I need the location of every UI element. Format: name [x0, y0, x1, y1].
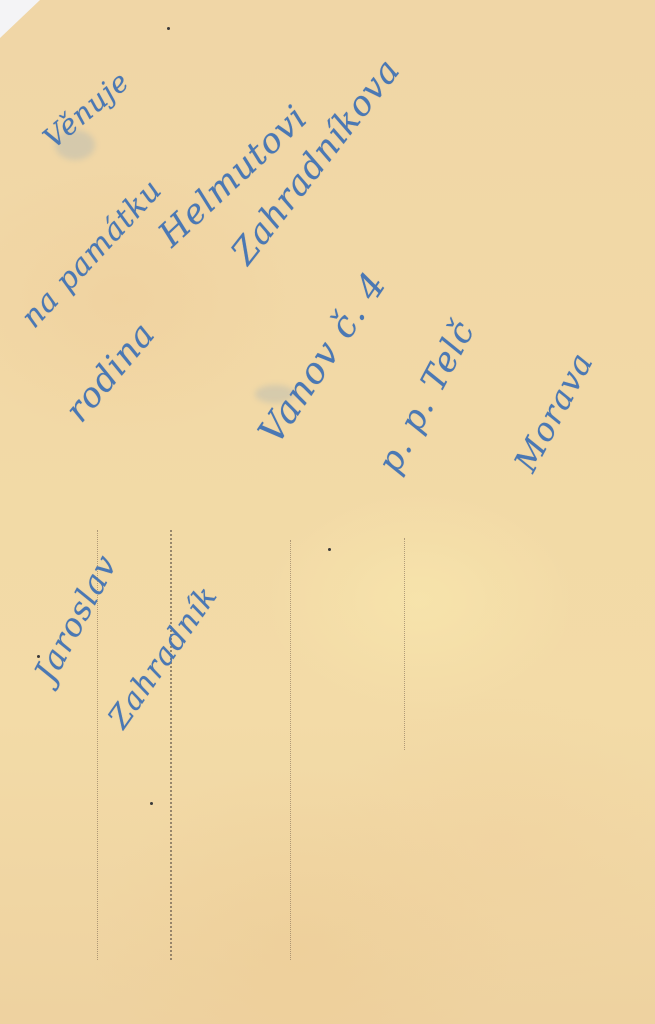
paper-speck [167, 27, 170, 30]
postcard-back: Věnuje na památku Helmutovi rodina Zahra… [0, 0, 655, 1024]
guide-line-divider [170, 530, 172, 960]
paper-speck [150, 802, 153, 805]
paper-speck [328, 548, 331, 551]
paper-speck [37, 655, 40, 658]
handwriting-address-post: p. p. Telč [370, 314, 484, 480]
handwriting-family-line-1: rodina [57, 314, 163, 430]
handwriting-address-village: Vanov č. 4 [251, 265, 395, 451]
handwriting-dedication-line-2: na památku [14, 172, 169, 335]
guide-line-3 [404, 538, 405, 750]
handwriting-signature-surname: Zahradník [101, 579, 225, 735]
perforated-left-edge [0, 40, 4, 1024]
guide-line-2 [290, 540, 291, 960]
handwriting-address-region: Morava [506, 346, 600, 478]
handwriting-signature-first-name: Jaroslav [26, 548, 124, 688]
